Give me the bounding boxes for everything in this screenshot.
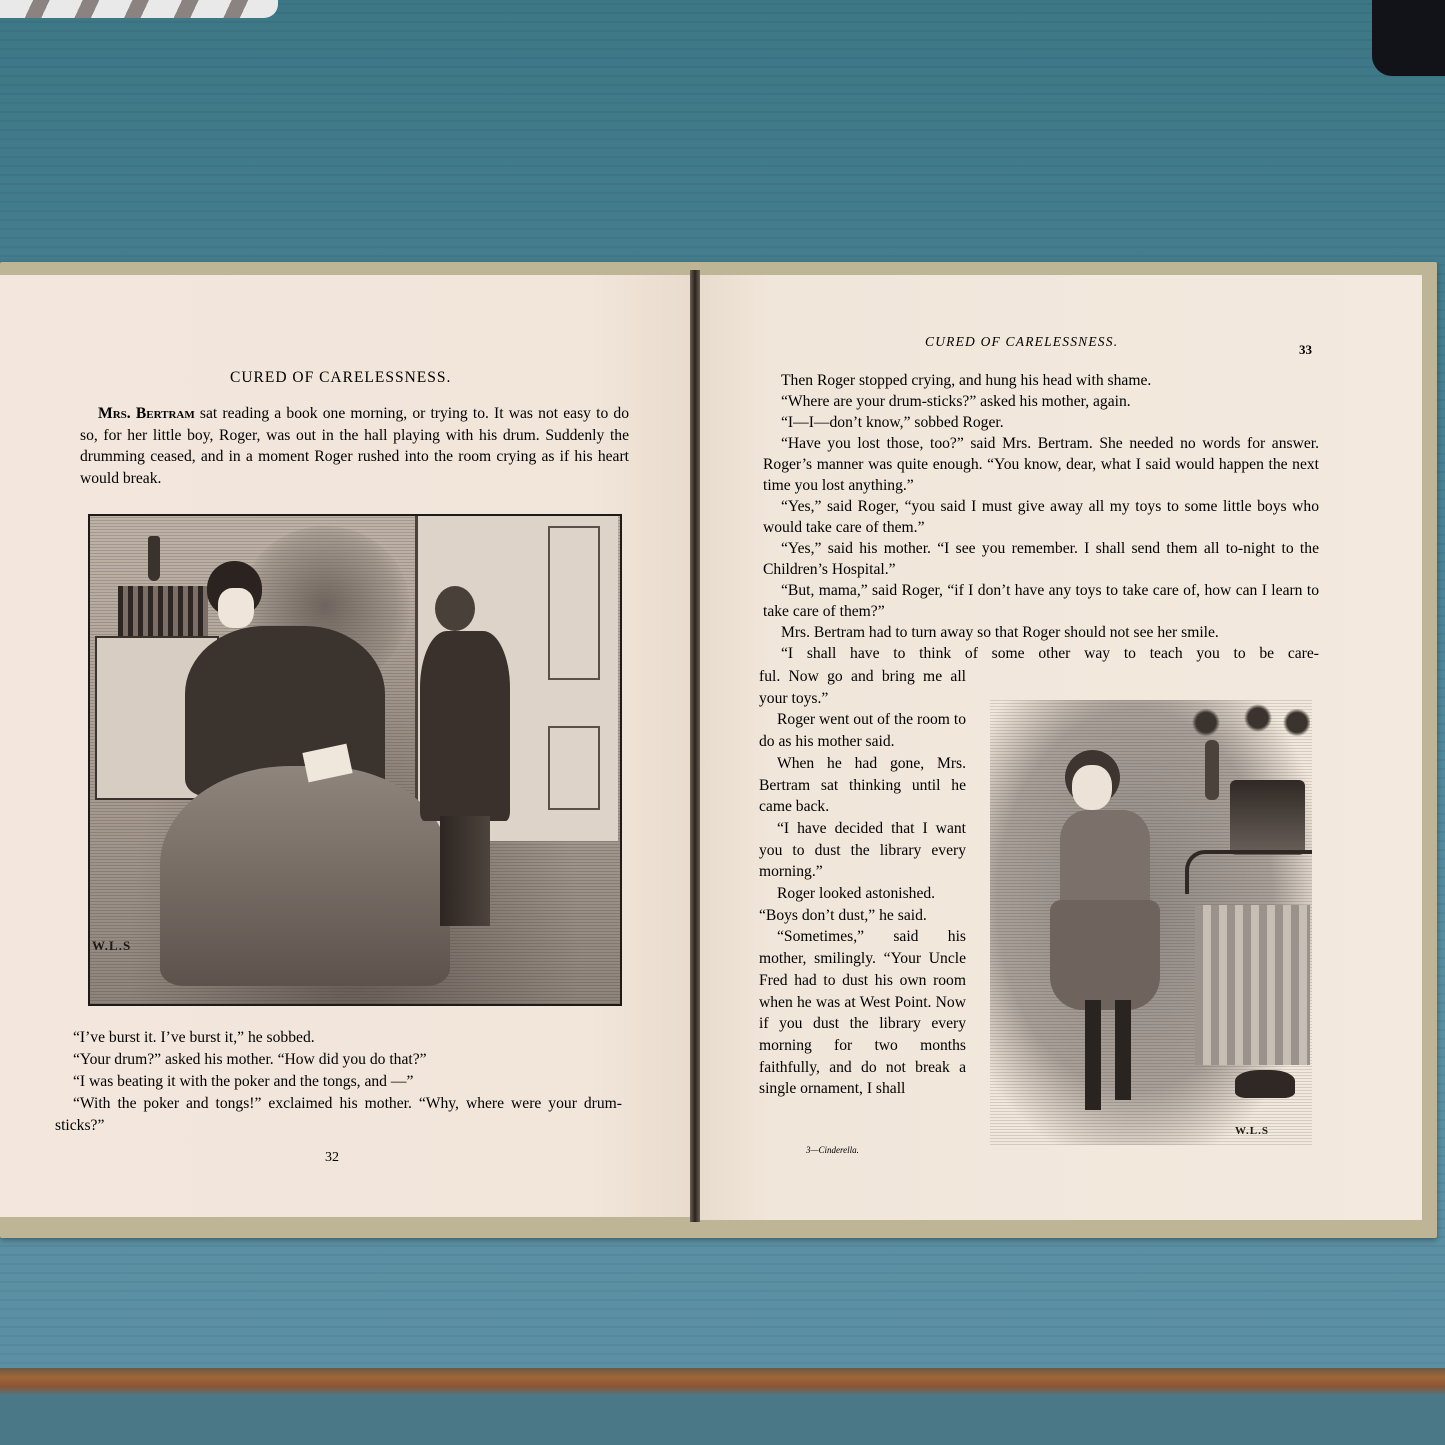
- paragraph: “Have you lost those, too?” said Mrs. Be…: [763, 433, 1319, 496]
- paragraph: “I—I—don’t know,” sobbed Roger.: [763, 412, 1319, 433]
- book-gutter: [690, 270, 700, 1222]
- vase-shape: [148, 536, 160, 581]
- page-number-right: 33: [1299, 342, 1312, 358]
- paragraph: “Where are your drum-sticks?” asked his …: [763, 391, 1319, 412]
- drum: [1230, 780, 1305, 855]
- illustrator-signature: W.L.S: [1235, 1125, 1269, 1137]
- mother-face: [218, 588, 254, 628]
- paragraph: “I shall have to think of some other way…: [763, 643, 1319, 664]
- lead-name: Mrs. Bertram: [98, 405, 195, 422]
- paragraph: “Yes,” said Roger, “you said I must give…: [763, 496, 1319, 538]
- draped-table: [1195, 905, 1310, 1065]
- illustration-mother-and-son: W.L.S: [88, 514, 622, 1006]
- left-dialogue: “I’ve burst it. I’ve burst it,” he sobbe…: [55, 1027, 622, 1137]
- right-column-text: ful. Now go and bring me all your toys.”…: [759, 666, 966, 1100]
- paragraph: Roger went out of the room to do as his …: [759, 709, 966, 752]
- paragraph: “Your drum?” asked his mother. “How did …: [55, 1049, 622, 1071]
- mother-skirt: [160, 766, 450, 986]
- boy-coat: [420, 631, 510, 821]
- hat-on-floor: [1235, 1070, 1295, 1098]
- right-top-text: Then Roger stopped crying, and hung his …: [763, 370, 1319, 664]
- boy-legs: [440, 816, 490, 926]
- pine-branch: [1180, 700, 1310, 745]
- paragraph: “I have decided that I want you to dust …: [759, 818, 966, 883]
- paragraph: “Yes,” said his mother. “I see you remem…: [763, 538, 1319, 580]
- striped-tray: [0, 0, 278, 18]
- paragraph: “Boys don’t dust,” he said.: [759, 905, 966, 927]
- paragraph: When he had gone, Mrs. Bertram sat think…: [759, 753, 966, 818]
- paragraph: “Sometimes,” said his mother, smilingly.…: [759, 926, 966, 1100]
- black-cloth: [1372, 0, 1445, 76]
- paragraph: Roger looked astonished.: [759, 883, 966, 905]
- paragraph: “But, mama,” said Roger, “if I don’t hav…: [763, 580, 1319, 622]
- illustrator-signature: W.L.S: [92, 938, 131, 954]
- right-running-head: CURED OF CARELESSNESS.: [925, 334, 1118, 350]
- trumpet: [1205, 740, 1219, 800]
- illustration-boy-and-toys: W.L.S: [990, 700, 1312, 1145]
- boy-knickers: [1050, 900, 1160, 1010]
- paragraph: Then Roger stopped crying, and hung his …: [763, 370, 1319, 391]
- door-panel-lower: [548, 726, 600, 810]
- left-running-head: CURED OF CARELESSNESS.: [230, 369, 451, 387]
- paragraph: “I was beating it with the poker and the…: [55, 1071, 622, 1093]
- door-panel-upper: [548, 526, 600, 680]
- left-intro-paragraph: Mrs. Bertram sat reading a book one morn…: [80, 403, 629, 489]
- sled: [1185, 850, 1312, 894]
- signature-mark: 3—Cinderella.: [806, 1145, 859, 1155]
- mantel-rail: [118, 586, 208, 636]
- paragraph: “I’ve burst it. I’ve burst it,” he sobbe…: [55, 1027, 622, 1049]
- boy-left-leg: [1085, 1000, 1101, 1110]
- boy-face: [1072, 765, 1112, 810]
- paragraph: “With the poker and tongs!” exclaimed hi…: [55, 1093, 622, 1137]
- table-lower-board: [0, 1394, 1445, 1445]
- boy-jacket: [1060, 810, 1150, 910]
- paragraph: ful. Now go and bring me all your toys.”: [759, 666, 966, 709]
- boy-right-leg: [1115, 1000, 1131, 1100]
- worn-wood-edge: [0, 1368, 1445, 1394]
- paragraph: Mrs. Bertram had to turn away so that Ro…: [763, 622, 1319, 643]
- boy-hair: [435, 586, 475, 631]
- page-number-left: 32: [325, 1150, 339, 1166]
